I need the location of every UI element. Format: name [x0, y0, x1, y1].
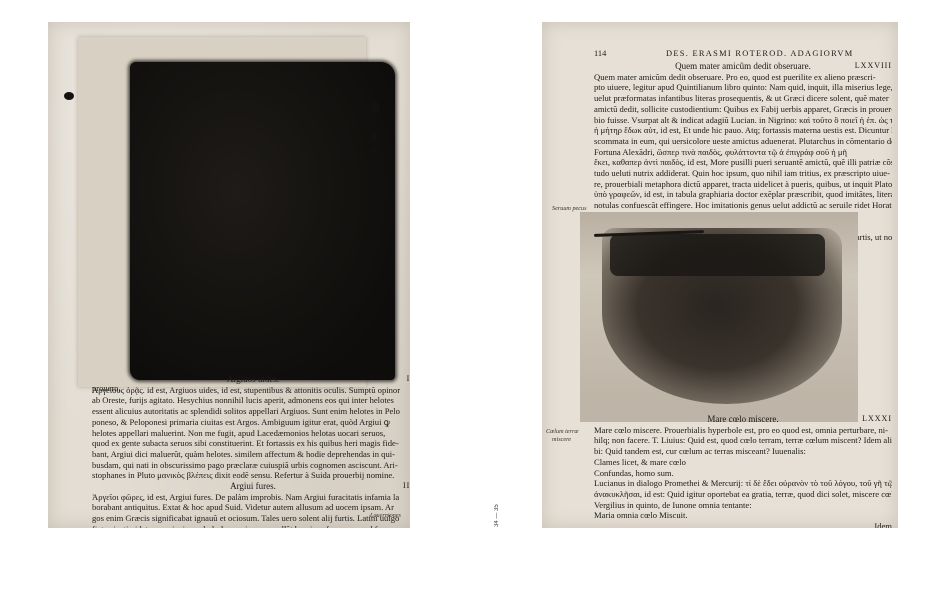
left-page: e in m e b n cu ma orbi gefla. prouerb, … — [48, 22, 410, 528]
text-line: re, prouerbiali metaphora dictũ apparet,… — [594, 179, 892, 190]
text-line: Mare cœlo miscere. Prouerbialis hyperbol… — [594, 425, 892, 436]
text-line: hilq; non facere. T. Liuius: Quid est, q… — [594, 435, 892, 446]
running-head-title: DES. ERASMI ROTEROD. ADAGIORVM — [666, 49, 853, 58]
ink-splatter — [371, 102, 380, 113]
text-line: essent alicuius autoritatis ac splendidi… — [92, 406, 410, 417]
adage-heading: Mare cœlo miscere. — [594, 414, 892, 425]
adage-number: II — [407, 374, 410, 385]
text-line: Lucianus in dialogo Promethei & Mercurij… — [594, 478, 892, 489]
text-line: bio fuisse. Vsurpat alt & indicat adagiũ… — [594, 115, 892, 126]
ink-splatter — [64, 92, 74, 100]
text-line: Maria omnia cœlo Miscuit. — [594, 510, 892, 521]
text-line: bant, Argiui dici maluerũt, quàm helotes… — [92, 449, 410, 460]
adage-number: LXXXI — [862, 414, 892, 425]
text-line: Ἀργεῖοι φῶρες, id est, Argiui fures. De … — [92, 492, 410, 503]
adage-heading: Argiui fures. — [92, 481, 410, 492]
ink-splatter — [370, 132, 377, 141]
text-line: Vergilius in quinto, de Iunone omnia ten… — [594, 500, 892, 511]
margin-note: Seruum pecus — [552, 205, 587, 212]
catchword: Idem — [594, 521, 892, 528]
text-line: uelut præformatas infantibus literas pro… — [594, 93, 892, 104]
adage-number: LXXVIII — [855, 61, 892, 72]
adage-number: III — [403, 481, 410, 492]
margin-note: Lauerniones — [370, 512, 401, 519]
text-line: ἡ μήτηρ ἔδωκ αὐτ, id est, Et unde hic pa… — [594, 125, 892, 136]
printed-page-number: 114 — [594, 49, 606, 58]
text-line: busdam, qui nati in obscurissimo pago pr… — [92, 460, 410, 471]
spread-page-numbers: 34 — 35 — [494, 501, 506, 531]
text-line: ab Oreste, furijs agitato. Hesychius non… — [92, 395, 410, 406]
adage-text-block: Argiuos uides. II Ἀργείους ὁρᾷς. id est,… — [92, 374, 410, 528]
adage-text-block: Mare cœlo miscere. LXXXI Mare cœlo misce… — [594, 414, 892, 528]
text-line: Confundas, homo sum. — [594, 468, 892, 479]
text-line: ἀνακυκλῆσαι, id est: Quid igitur oporteb… — [594, 489, 892, 500]
text-line: poneso, & Peloponesi primaria ciuitas es… — [92, 417, 410, 428]
text-line: Quem mater amicũm dedit obseruare. Pro e… — [594, 72, 892, 83]
pasted-paper-sheet — [580, 212, 858, 422]
text-line: quod ex gente subacta seruos sibi consti… — [92, 438, 410, 449]
text-line: Clames licet, & mare cœlo — [594, 457, 892, 468]
text-line: ficto sicuti uidetur, per ioci uocabulo … — [92, 524, 410, 528]
text-line: tudo ueluti nutrix addiderat. Quin hoc i… — [594, 168, 892, 179]
adage-heading: Argiuos uides. — [92, 374, 410, 385]
text-line: scommata in eum, qui uersicolore ueste a… — [594, 136, 892, 147]
ink-wash-band — [610, 234, 825, 276]
text-line: gos enim Græcis significabat ignauũ et o… — [92, 513, 410, 524]
text-line: ὑπὸ γραφεῶν, id est, in tabula graphiari… — [594, 189, 892, 200]
text-line: notulas confuescãt effingere. Hoc imitat… — [594, 200, 892, 211]
text-line: Fortuna Alexãdri, ὥσπερ τινὰ παιδὸς, φυλ… — [594, 147, 892, 158]
text-line: borabant antiquitus. Extat & hoc apud Su… — [92, 502, 410, 513]
text-line: ἔκει, καθαπερ ἀντὶ παιδὸς, id est, More … — [594, 157, 892, 168]
right-page: 114 DES. ERASMI ROTEROD. ADAGIORVM Quem … — [542, 22, 898, 528]
text-line: Ἀργείους ὁρᾷς. id est, Argiuos uides, id… — [92, 385, 410, 396]
adage-heading: Quem mater amicũm dedit obseruare. — [594, 61, 892, 72]
text-line: amictũ dedit, sollicite custodientium: Q… — [594, 104, 892, 115]
text-line: stophanes in Pluto μανικὸς βλέπεις dixit… — [92, 470, 410, 481]
margin-note: miscere — [552, 436, 571, 443]
text-line: helotes appellari maluerint. Non me fugi… — [92, 428, 410, 439]
text-line: bi: Quid tandem est, cur cœlum ac terras… — [594, 446, 892, 457]
ink-splatter — [371, 147, 376, 152]
pasted-paper-sheet — [78, 37, 366, 387]
black-ink-block-artwork — [130, 62, 395, 380]
margin-note: Cœlum terræ — [546, 428, 579, 435]
text-line: pto uiuere, legitur apud Quintilianum li… — [594, 82, 892, 93]
